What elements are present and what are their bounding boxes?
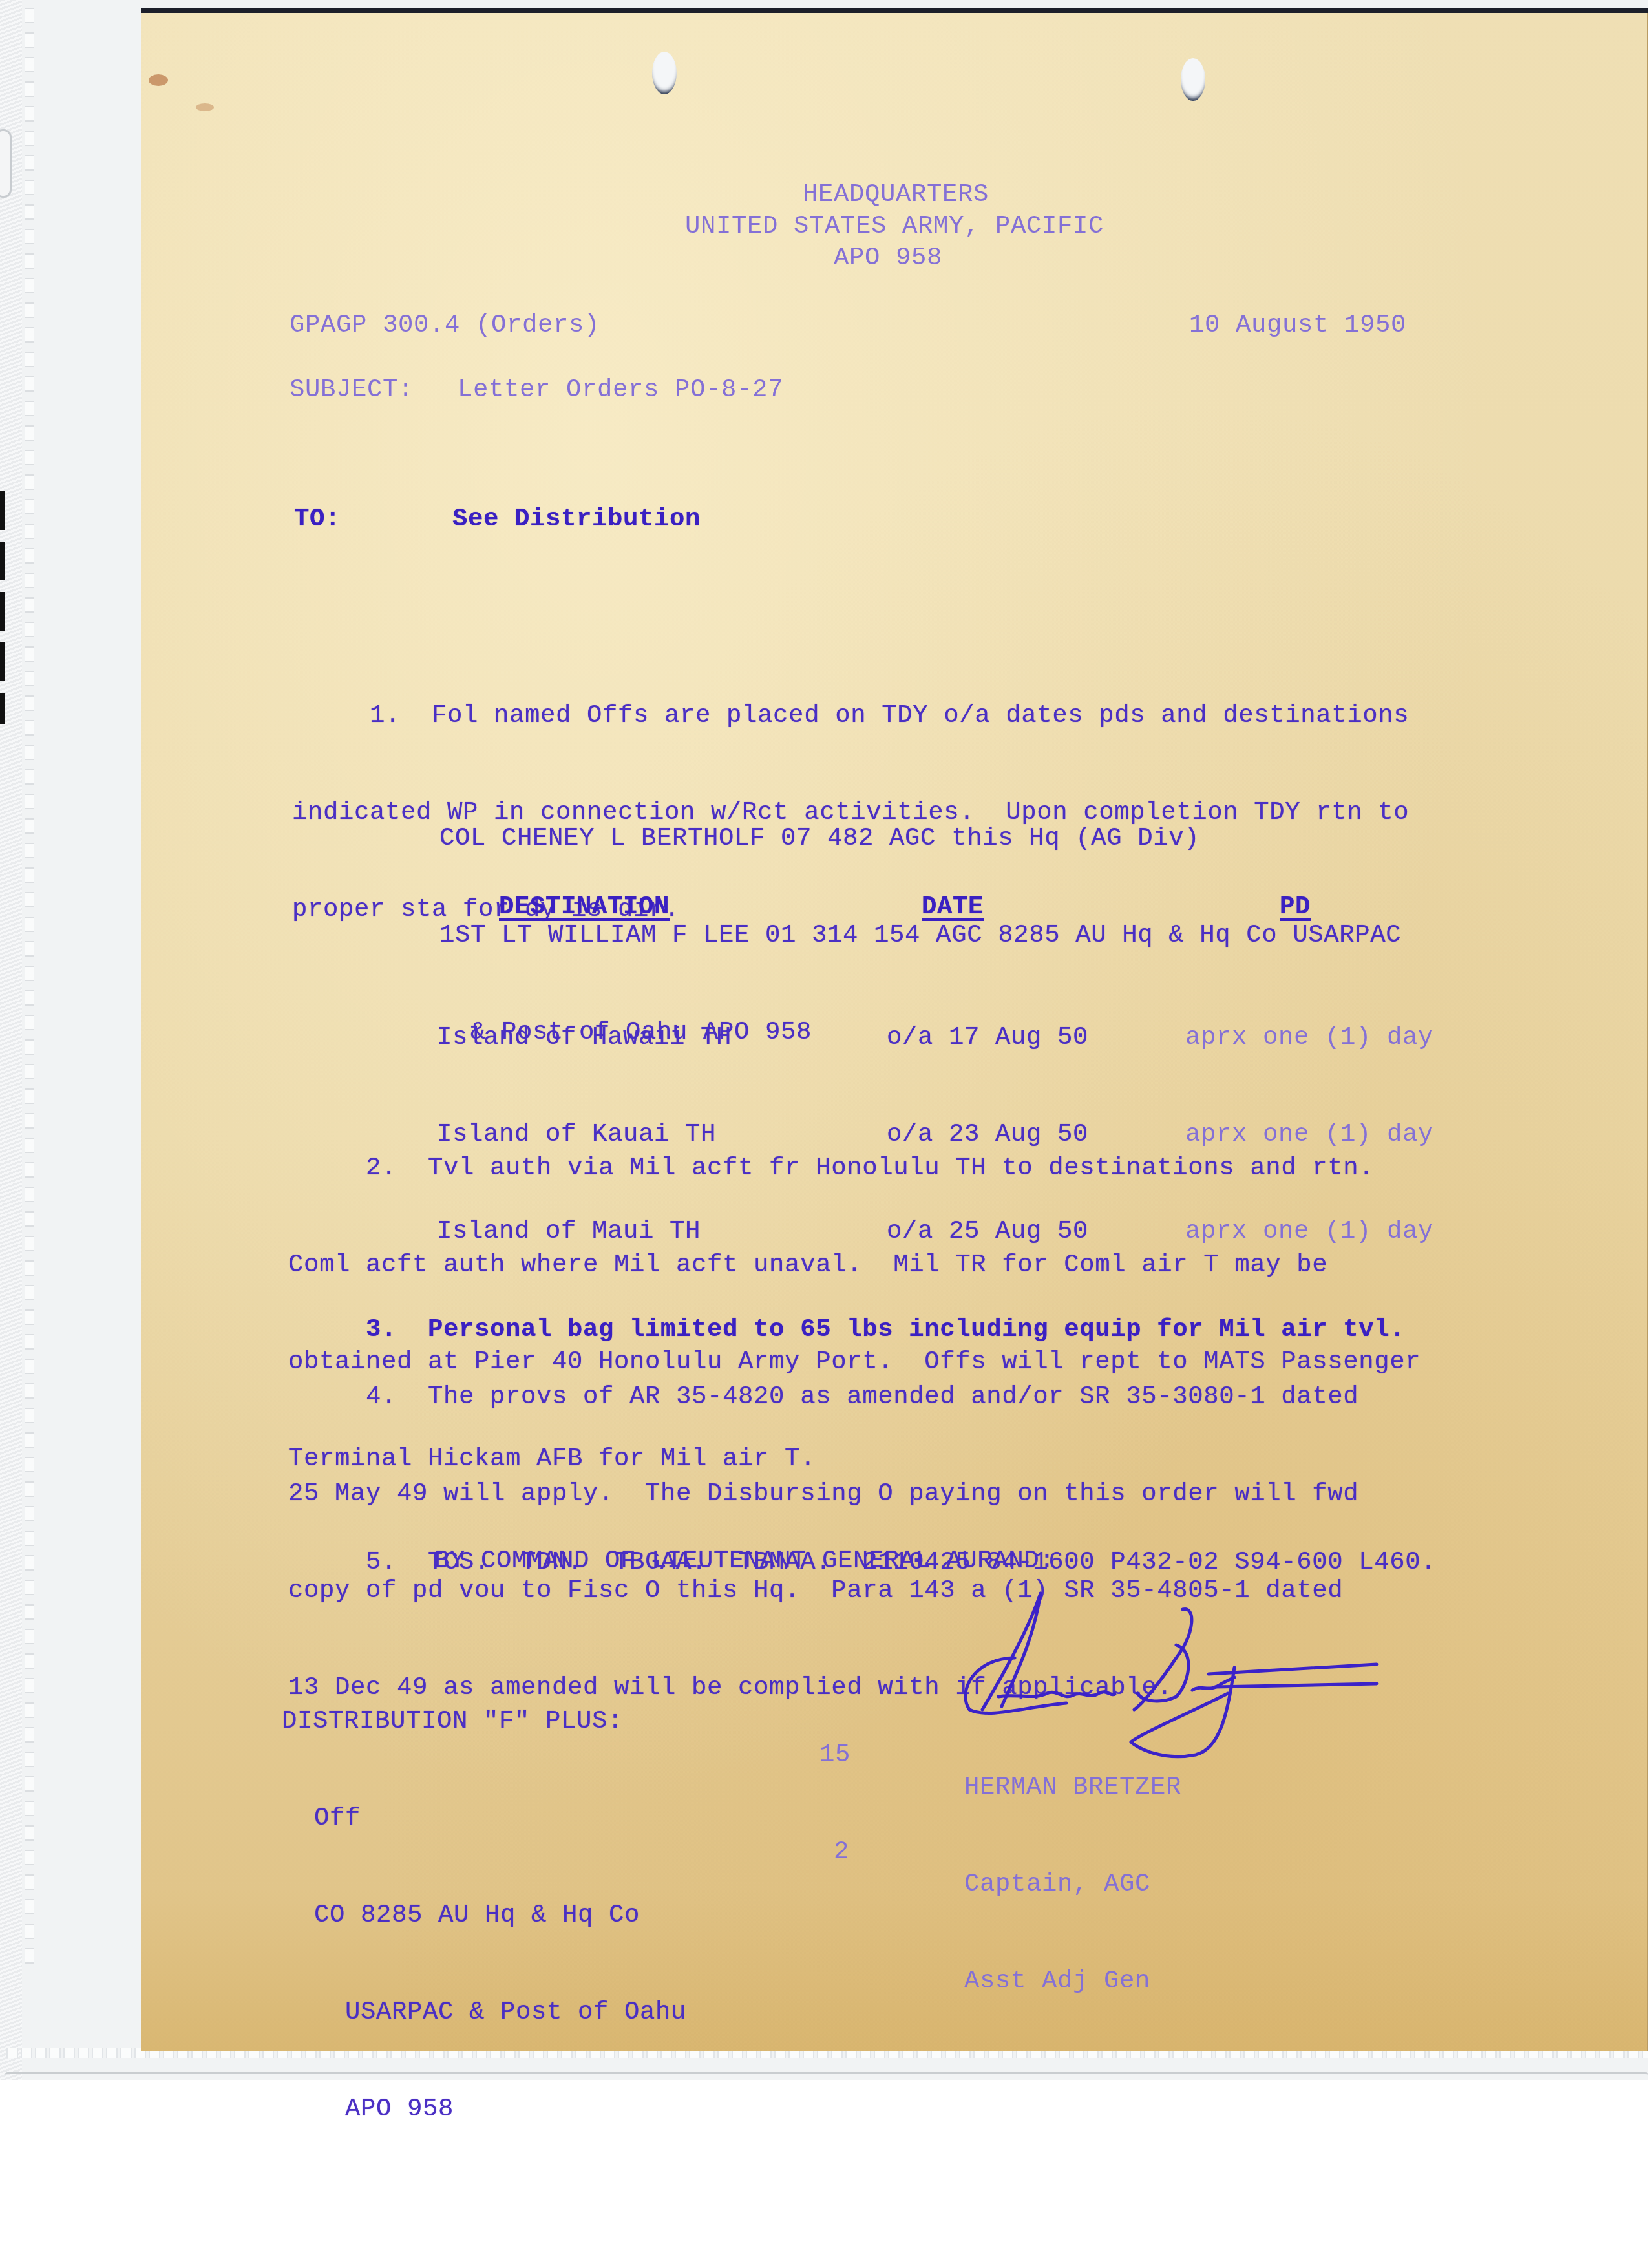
- paragraph-line: 4. The provs of AR 35-4820 as amended an…: [288, 1381, 1358, 1413]
- header-date: DATE: [922, 891, 984, 923]
- distribution-count: 2: [834, 1836, 849, 1868]
- command-line: BY COMMAND OF LIEUTENANT GENERAL AURAND:: [434, 1545, 1055, 1577]
- letterhead-apo: APO 958: [834, 242, 942, 274]
- officer-entry: COL CHENEY L BERTHOLF 07 482 AGC this Hq…: [439, 822, 1401, 854]
- pd-cell: aprx one (1) day: [1185, 1021, 1433, 1054]
- paragraph-line: 2. Tvl auth via Mil acft fr Honolulu TH …: [288, 1152, 1421, 1184]
- distribution-list: Off CO 8285 AU Hq & Hq Co USARPAC & Post…: [314, 1737, 686, 2157]
- distribution-count: 15: [819, 1739, 850, 1771]
- distribution-entry: Off: [314, 1802, 686, 1834]
- signer-title: Asst Adj Gen: [964, 1965, 1181, 1997]
- header-destination: DESTINATION: [499, 891, 670, 923]
- rust-stain: [196, 103, 214, 111]
- header-pd: PD: [1280, 891, 1311, 923]
- to-label: TO:: [294, 503, 341, 535]
- signer-rank: Captain, AGC: [964, 1868, 1181, 1900]
- letterhead-headquarters: HEADQUARTERS: [803, 178, 989, 211]
- punch-hole-left-icon: [652, 52, 677, 94]
- letterhead-organization: UNITED STATES ARMY, PACIFIC: [685, 210, 1104, 242]
- to-value: See Distribution: [452, 503, 701, 535]
- sleeve-tab: [0, 129, 12, 198]
- signature-block: HERMAN BRETZER Captain, AGC Asst Adj Gen: [964, 1706, 1181, 2030]
- sleeve-perforation-left: [25, 0, 34, 1971]
- officer-entry: 1ST LT WILLIAM F LEE 01 314 154 AGC 8285…: [439, 919, 1401, 951]
- sleeve-texture: [0, 0, 22, 2080]
- punch-hole-right-icon: [1181, 58, 1205, 101]
- distribution-entry: APO 958: [314, 2093, 686, 2125]
- signer-name: HERMAN BRETZER: [964, 1771, 1181, 1803]
- distribution-heading: DISTRIBUTION "F" PLUS:: [282, 1705, 623, 1737]
- destination-cell: Island of Hawaii TH: [437, 1021, 732, 1054]
- file-number: GPAGP 300.4 (Orders): [290, 309, 600, 341]
- distribution-entry: USARPAC & Post of Oahu: [314, 1996, 686, 2028]
- distribution-entry: CO 8285 AU Hq & Hq Co: [314, 1899, 686, 1931]
- subject-label: SUBJECT:: [290, 374, 414, 406]
- sleeve-edge: [5, 2072, 1648, 2078]
- rust-stain: [149, 74, 168, 86]
- spine-marks: [0, 491, 5, 724]
- date-cell: o/a 17 Aug 50: [887, 1021, 1088, 1054]
- subject-value: Letter Orders PO-8-27: [458, 374, 783, 406]
- document-date: 10 August 1950: [1189, 309, 1406, 341]
- paragraph-line: 1. Fol named Offs are placed on TDY o/a …: [292, 699, 1409, 732]
